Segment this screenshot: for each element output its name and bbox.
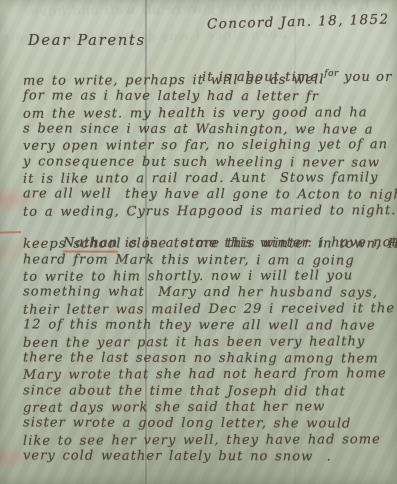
letter-line: it is like unto a rail road. Aunt Stows …	[23, 170, 395, 188]
letter-line: great days work she said that her new	[23, 399, 395, 417]
dateline: Concord Jan. 18, 1852	[207, 11, 390, 32]
letter-line: keeps school close to me this winter. i …	[23, 236, 395, 254]
letter-line: sister wrote a good long letter, she wou…	[23, 416, 395, 434]
letter-line: y consequence but such wheeling i never …	[23, 154, 395, 172]
letter-line: their letter was mailed Dec 29 i receive…	[23, 301, 395, 319]
letter-line: are all well they have all gone to Acton…	[23, 187, 395, 205]
letter-line: Mary wrote that she had not heard from h…	[23, 366, 395, 384]
letter-line: there the last season no shaking among t…	[23, 350, 395, 368]
letter-line: since about the time that Joseph did tha…	[23, 383, 395, 401]
letter-line: very cold weather lately but no snow .	[23, 448, 395, 466]
letter-line: om the west. my health is very good and …	[23, 105, 395, 123]
letter-line: s been since i was at Washington, we hav…	[23, 121, 395, 139]
letter-line: something what Mary and her husband says…	[23, 285, 395, 303]
letter-body: me to write, perhaps it will be as well …	[23, 73, 395, 465]
letter-line: for me as i have lately had a letter fr	[23, 89, 395, 107]
letter-line: like to see her very well, they have had…	[23, 432, 395, 450]
salutation: Dear Parents	[28, 33, 146, 49]
letter-line: 12 of this month they were all well and …	[23, 318, 395, 336]
letter-line: heard from Mark this winter, i am a goin…	[23, 252, 395, 270]
letter-line: me to write, perhaps it will be as well	[23, 72, 395, 90]
letter-line: been the year past it has been very heal…	[23, 334, 395, 352]
letter-line: to a weding, Cyrus Hapgood is maried to …	[23, 203, 395, 221]
letter-page: 12 of this month they were all well and …	[0, 0, 397, 484]
letter-line: very open winter so far, no sleighing ye…	[23, 138, 395, 156]
